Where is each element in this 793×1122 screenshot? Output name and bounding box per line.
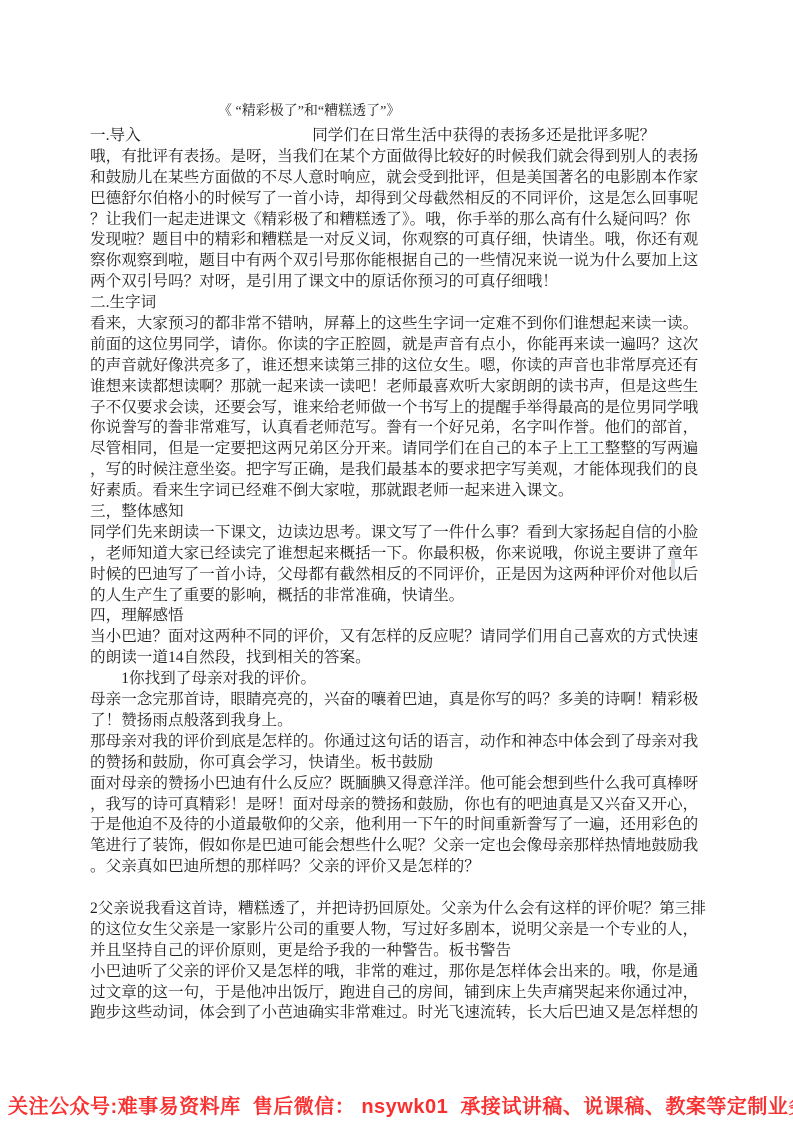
text-line: ，我写的诗可真精彩！是呀！面对母亲的赞扬和鼓励，你也有的吧迪真是又兴奋又开心，: [90, 795, 708, 816]
text-line: 同学们先来朗读一下课文，边读边思考。课文写了一件什么事？看到大家扬起自信的小脸: [90, 523, 708, 544]
text-line: 三，整体感知: [90, 502, 708, 523]
text-line: 并且坚持自己的评价原则，更是给予我的一种警告。板书警告: [90, 941, 708, 962]
document-body: 一.导入 同学们在日常生活中获得的表扬多还是批评多呢？哦，有批评有表扬。是呀，当…: [90, 126, 708, 1024]
text-line: 的赞扬和鼓励，你可真会学习，快请坐。板书鼓励: [90, 753, 708, 774]
text-line: 一.导入 同学们在日常生活中获得的表扬多还是批评多呢？: [90, 126, 708, 147]
text-line: 。父亲真如巴迪所想的那样吗？父亲的评价又是怎样的？: [90, 857, 708, 878]
promo-footer-banner: 关注公众号:难事易资料库 售后微信： nsywk01 承接试讲稿、说课稿、教案等…: [8, 1090, 793, 1119]
text-line: 1你找到了母亲对我的评价。: [90, 669, 708, 690]
text-line: [90, 878, 708, 899]
text-line: ，老师知道大家已经读完了谁想起来概括一下。你最积极，你来说哦，你说主要讲了童年: [90, 544, 708, 565]
text-line: 那母亲对我的评价到底是怎样的。你通过这句话的语言，动作和神态中体会到了母亲对我: [90, 732, 708, 753]
text-line: 你说誊写的誊非常难写，认真看老师范写。誊有一个好兄弟，名字叫作誉。他们的部首，: [90, 418, 708, 439]
text-line: 了！赞扬雨点般落到我身上。: [90, 711, 708, 732]
text-line: 当小巴迪？面对这两种不同的评价，又有怎样的反应呢？请同学们用自己喜欢的方式快速: [90, 627, 708, 648]
text-line: 发现啦？题目中的精彩和糟糕是一对反义词，你观察的可真仔细，快请坐。哦，你还有观: [90, 230, 708, 251]
text-line: 前面的这位男同学，请你。你读的字正腔圆，就是声音有点小，你能再来读一遍吗？这次: [90, 335, 708, 356]
text-line: 2父亲说我看这首诗，糟糕透了，并把诗扔回原处。父亲为什么会有这样的评价呢？第三排: [90, 899, 708, 920]
text-line: 二.生字词: [90, 293, 708, 314]
text-line: 母亲一念完那首诗，眼睛亮亮的，兴奋的嚷着巴迪，真是你写的吗？多美的诗啊！精彩极: [90, 690, 708, 711]
text-line: 子不仅要求会读，还要会写，谁来给老师做一个书写上的提醒手举得最高的是位男同学哦: [90, 398, 708, 419]
text-line: 和鼓励儿在某些方面做的不尽人意时响应，就会受到批评，但是美国著名的电影剧本作家: [90, 168, 708, 189]
text-line: 尽管相同，但是一定要把这两兄弟区分开来。请同学们在自己的本子上工工整整的写两遍: [90, 439, 708, 460]
scrollbar-thumb[interactable]: [671, 553, 675, 575]
text-line: 于是他迫不及待的小道最敬仰的父亲，他利用一下午的时间重新誊写了一遍，还用彩色的: [90, 815, 708, 836]
text-line: 的这位女生父亲是一家影片公司的重要人物，写过好多剧本，说明父亲是一个专业的人，: [90, 920, 708, 941]
text-line: 哦，有批评有表扬。是呀，当我们在某个方面做得比较好的时候我们就会得到别人的表扬: [90, 147, 708, 168]
text-line: ？让我们一起走进课文《精彩极了和糟糕透了》。哦，你手举的那么高有什么疑问吗？你: [90, 210, 708, 231]
text-line: 跑步这些动词，体会到了小芭迪确实非常难过。时光飞速流转，长大后巴迪又是怎样想的: [90, 1003, 708, 1024]
text-line: 四，理解感悟: [90, 606, 708, 627]
text-line: ，写的时候注意坐姿。把字写正确，是我们最基本的要求把字写美观，才能体现我们的良: [90, 460, 708, 481]
text-line: 小巴迪听了父亲的评价又是怎样的哦，非常的难过，那你是怎样体会出来的。哦，你是通: [90, 962, 708, 983]
text-line: 的声音就好像洪亮多了，谁还想来读第三排的这位女生。嗯，你读的声音也非常厚亮还有: [90, 356, 708, 377]
text-line: 过文章的这一句，于是他冲出饭厅，跑进自己的房间，铺到床上失声痛哭起来你通过冲，: [90, 983, 708, 1004]
text-line: 好素质。看来生字词已经难不倒大家啦，那就跟老师一起来进入课文。: [90, 481, 708, 502]
text-line: 的人生产生了重要的影响，概括的非常准确，快请坐。: [90, 586, 708, 607]
text-line: 的朗读一道14自然段，找到相关的答案。: [90, 648, 708, 669]
text-line: 时候的巴迪写了一首小诗，父母都有截然相反的不同评价，正是因为这两种评价对他以后: [90, 565, 708, 586]
text-line: 看来，大家预习的都非常不错呐，屏幕上的这些生字词一定难不到你们谁想起来读一读。: [90, 314, 708, 335]
text-line: 两个双引号吗？对呀，是引用了课文中的原话你预习的可真仔细哦！: [90, 272, 708, 293]
text-line: 谁想来读都想读啊？那就一起来读一读吧！老师最喜欢听大家朗朗的读书声，但是这些生: [90, 377, 708, 398]
text-line: 笔进行了装饰，假如你是巴迪可能会想些什么呢？父亲一定也会像母亲那样热情地鼓励我: [90, 836, 708, 857]
document-page: 《 “精彩极了”和“糟糕透了”》 一.导入 同学们在日常生活中获得的表扬多还是批…: [0, 0, 793, 1122]
text-line: 察你观察到啦，题目中有两个双引号那你能根据自己的一些情况来说一说为什么要加上这: [90, 251, 708, 272]
document-title: 《 “精彩极了”和“糟糕透了”》: [218, 102, 400, 122]
text-line: 面对母亲的赞扬小巴迪有什么反应？既腼腆又得意洋洋。他可能会想到些什么我可真棒呀: [90, 774, 708, 795]
text-line: 巴德舒尔伯格小的时候写了一首小诗，却得到父母截然相反的不同评价，这是怎么回事呢: [90, 189, 708, 210]
